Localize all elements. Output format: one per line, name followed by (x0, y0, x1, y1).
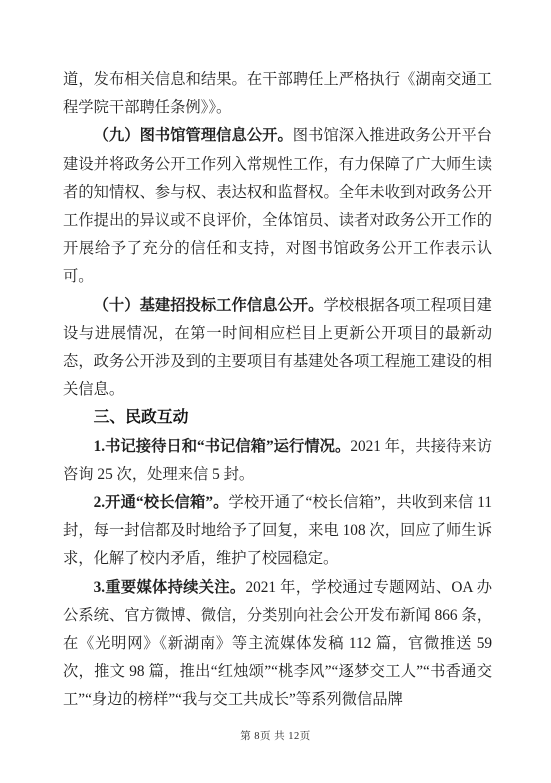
page-footer: 第 8页 共 12页 (0, 728, 551, 743)
paragraph-lead: 3.重要媒体持续关注。 (94, 579, 246, 596)
paragraph: 2.开通“校长信箱”。学校开通了“校长信箱”，共收到来信 11 封，每一封信都及… (63, 489, 492, 574)
paragraph: （九）图书馆管理信息公开。图书馆深入推进政务公开平台建设并将政务公开工作列入常规… (63, 122, 492, 291)
paragraph: （十）基建招投标工作信息公开。学校根据各项工程项目建设与进展情况，在第一时间相应… (63, 292, 492, 405)
paragraph-lead: 1.书记接待日和“书记信箱”运行情况。 (94, 438, 351, 455)
paragraph: 道，发布相关信息和结果。在干部聘任上严格执行《湖南交通工程学院干部聘任条例》》。 (63, 66, 492, 122)
paragraph-lead: 三、民政互动 (94, 409, 189, 426)
document-body: 道，发布相关信息和结果。在干部聘任上严格执行《湖南交通工程学院干部聘任条例》》。… (63, 66, 492, 715)
paragraph-lead: （九）图书馆管理信息公开。 (94, 127, 293, 144)
paragraph-lead: （十）基建招投标工作信息公开。 (94, 297, 324, 314)
page-number-label: 第 8页 共 12页 (240, 731, 311, 742)
text-segment: 图书馆深入推进政务公开平台建设并将政务公开工作列入常规性工作，有力保障了广大师生… (63, 127, 492, 285)
paragraph: 1.书记接待日和“书记信箱”运行情况。2021 年，共接待来访咨询 25 次，处… (63, 433, 492, 489)
text-segment: 2021 年，学校通过专题网站、OA 办公系统、官方微博、微信，分类别向社会公开… (63, 579, 492, 709)
paragraph-lead: 2.开通“校长信箱”。 (94, 494, 229, 511)
section-heading: 三、民政互动 (63, 404, 492, 432)
text-segment: 道，发布相关信息和结果。在干部聘任上严格执行《湖南交通工程学院干部聘任条例》》。 (63, 71, 492, 116)
document-page: 道，发布相关信息和结果。在干部聘任上严格执行《湖南交通工程学院干部聘任条例》》。… (0, 0, 551, 783)
paragraph: 3.重要媒体持续关注。2021 年，学校通过专题网站、OA 办公系统、官方微博、… (63, 574, 492, 715)
